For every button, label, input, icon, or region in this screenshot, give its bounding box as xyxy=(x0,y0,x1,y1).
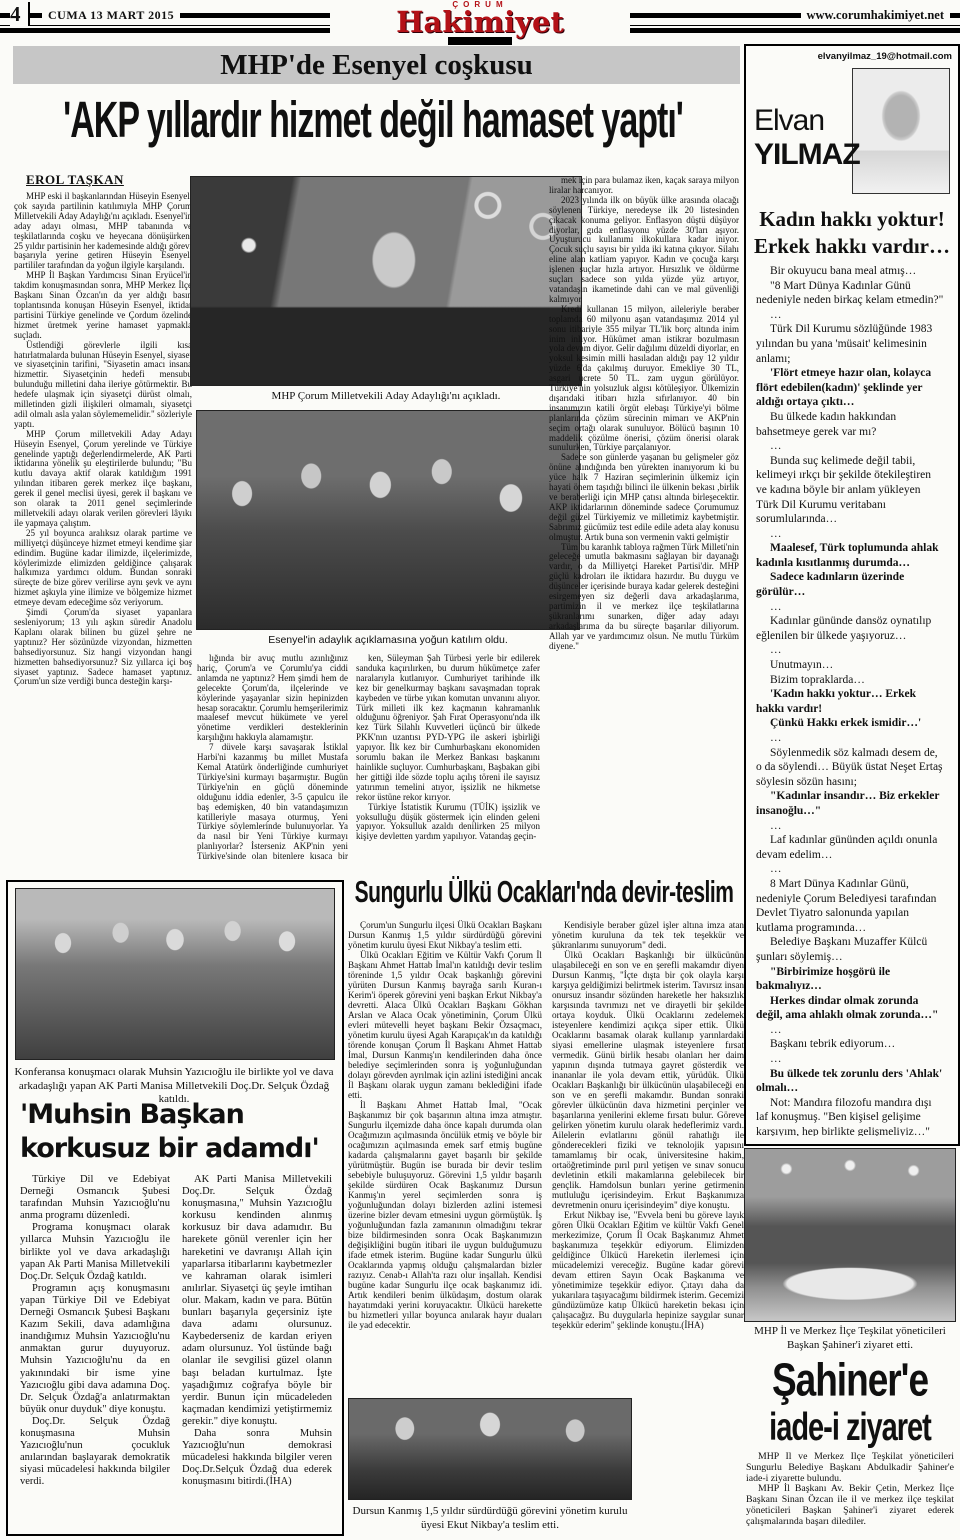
masthead: ÇORUM Hakimiyet xyxy=(330,0,630,45)
paragraph: Bir okuyucu bana meal atmış… xyxy=(756,264,944,279)
paragraph: Üstlendiği görevlerle ilgili kısa hatırl… xyxy=(14,341,192,430)
paragraph: Laf kadınlar gününden açıldı onunla deva… xyxy=(756,833,944,862)
paragraph: Daha sonra Muhsin Yazıcıoğlu'nun demokra… xyxy=(182,1428,332,1488)
columnist-first-name: Elvan xyxy=(754,104,860,138)
muhsin-column-2: AK Parti Manisa Milletvekili Doç.Dr. Sel… xyxy=(182,1174,332,1524)
columnist-name: Elvan YILMAZ xyxy=(754,104,860,172)
paragraph: Bizim topraklarda… xyxy=(756,673,944,688)
sahiner-photo-caption: MHP İl ve Merkez İlçe Teşkilat yöneticil… xyxy=(744,1324,956,1352)
main-article-column-1: MHP eski il başkanlarından Hüseyin Eseny… xyxy=(14,192,192,858)
page-number: 4 xyxy=(10,2,30,26)
paragraph: Tüm bu karanlık tabloya rağmen Türk Mill… xyxy=(549,543,739,652)
photo-devir-teslim-seated xyxy=(348,1398,632,1500)
date: CUMA 13 MART 2015 xyxy=(42,8,180,23)
paragraph: "8 Mart Dünya Kadınlar Günü nedeniyle ne… xyxy=(756,279,944,308)
paragraph: Kadınlar gününde dansöz oynatılıp eğleni… xyxy=(756,614,944,643)
paragraph: 7 düvele karşı savaşarak İstiklal Harbi'… xyxy=(197,743,348,860)
column-body: Bir okuyucu bana meal atmış…"8 Mart Düny… xyxy=(756,264,944,1136)
main-article-column-3: ken, Süleyman Şah Türbesi yerle bir edil… xyxy=(356,654,540,860)
sungurlu-photo-caption: Dursun Kanmış 1,5 yıldır sürdürdüğü göre… xyxy=(340,1504,640,1532)
paragraph: Çünkü Hakkı erkek ismidir…' xyxy=(756,716,944,731)
photo1-caption: MHP Çorum Milletvekili Aday Adaylığı'nı … xyxy=(190,389,582,403)
paragraph: 25 yıl boyunca aralıksız olarak partime … xyxy=(14,529,192,608)
columnist-portrait xyxy=(852,68,950,194)
muhsin-column-1: Türkiye Dil ve Edebiyat Derneği Osmancık… xyxy=(20,1174,170,1524)
paragraph: Sadece son günlerde yaşanan bu gelişmele… xyxy=(549,453,739,542)
main-headline-text: 'AKP yıllardır hizmet değil hamaset yapt… xyxy=(63,92,683,151)
main-headline: 'AKP yıllardır hizmet değil hamaset yapt… xyxy=(6,92,740,162)
paragraph: MHP İl Başkanı Av. Bekir Çetin, Merkez İ… xyxy=(746,1484,954,1527)
paragraph: "Kadınlar insandır… Biz erkekler insanoğ… xyxy=(756,789,944,818)
paragraph: Programın açış konuşmasını yapan Türkiye… xyxy=(20,1283,170,1416)
photo2-caption: Esenyel'in adaylık açıklamasına yoğun ka… xyxy=(196,633,580,647)
paragraph: Türk Dil Kurumu sözlüğünde 1983 yılından… xyxy=(756,322,944,366)
paragraph: 'Kadın hakkı yoktur… Erkek hakkı vardır! xyxy=(756,687,944,716)
columnist-last-name: YILMAZ xyxy=(754,138,860,172)
paragraph: Çorum'un Sungurlu ilçesi Ülkü Ocakları B… xyxy=(348,920,542,950)
paragraph: … xyxy=(756,819,944,834)
paragraph: Kredi kullanan 15 milyon, aileleriyle be… xyxy=(549,305,739,454)
paragraph: Türkiye Dil ve Edebiyat Derneği Osmancık… xyxy=(20,1174,170,1222)
paragraph: Türkiye İstatistik Kurumu (TÜİK) işsizli… xyxy=(356,803,540,843)
newspaper-page: 4 CUMA 13 MART 2015 ÇORUM Hakimiyet www.… xyxy=(0,0,960,1540)
paragraph: … xyxy=(756,308,944,323)
paragraph: 'Flört etmeye hazır olan, kolayca flört … xyxy=(756,366,944,410)
paragraph: … xyxy=(756,731,944,746)
paragraph: Bu ülkede tek zorunlu ders 'Ahlak' olmal… xyxy=(756,1067,944,1096)
paragraph: "Birbirimize hoşgörü ile bakmalıyız… xyxy=(756,965,944,994)
website-url: www.corumhakimiyet.net xyxy=(801,8,951,23)
paragraph: ken, Süleyman Şah Türbesi yerle bir edil… xyxy=(356,654,540,803)
main-article-column-4: mek için para bulamaz iken, kaçak saraya… xyxy=(549,176,739,858)
paragraph: … xyxy=(756,600,944,615)
paragraph: Ülkü Ocakları Başkanlığı bir ülkücünün u… xyxy=(552,950,744,1210)
paragraph: Maalesef, Türk toplumunda ahlak kadınla … xyxy=(756,541,944,570)
photo-sahiner-office-visit xyxy=(744,1148,956,1322)
photo-announcement-crowd xyxy=(196,410,580,630)
masthead-logo: Hakimiyet xyxy=(330,9,630,35)
sahiner-body: MHP İl ve Merkez İlçe Teşkilat yöneticil… xyxy=(746,1452,954,1538)
paragraph: MHP İl Başkan Yardımcısı Sinan Eryücel'i… xyxy=(14,271,192,340)
columnist-email: elvanyilmaz_19@hotmail.com xyxy=(818,51,952,62)
paragraph: Erkut Nikbay ise, "Evvela beni bu göreve… xyxy=(552,1210,744,1330)
photo-esenyel-press-conference xyxy=(190,176,582,386)
column-title-line1: Kadın hakkı yoktur! xyxy=(746,206,958,233)
paragraph: Bu ülkede kadın hakkından bahsetmeye ger… xyxy=(756,410,944,439)
sungurlu-headline: Sungurlu Ülkü Ocakları'nda devir-teslim xyxy=(344,876,744,914)
paragraph: Doç.Dr. Selçuk Özdağ konuşmasına Muhsin … xyxy=(20,1416,170,1489)
paragraph: Unutmayın… xyxy=(756,658,944,673)
sungurlu-column-2: Kendisiyle beraber güzel işler altına im… xyxy=(552,920,744,1372)
kicker-headline: MHP'de Esenyel coşkusu xyxy=(13,46,740,84)
paragraph: … xyxy=(756,527,944,542)
paragraph: … xyxy=(756,643,944,658)
paragraph: Programa konuşmacı olarak yıllarca Muhsi… xyxy=(20,1222,170,1282)
sungurlu-headline-text: Sungurlu Ülkü Ocakları'nda devir-teslim xyxy=(355,876,734,911)
muhsin-headline: 'Muhsin Başkan korkusuz bir adamdı' xyxy=(20,1098,332,1166)
paragraph: AK Parti Manisa Milletvekili Doç.Dr. Sel… xyxy=(182,1174,332,1428)
byline: EROL TAŞKAN xyxy=(26,172,124,188)
paragraph: … xyxy=(756,1052,944,1067)
paragraph: … xyxy=(756,1023,944,1038)
muhsin-headline-line1: 'Muhsin Başkan xyxy=(20,1098,332,1132)
sungurlu-column-1: Çorum'un Sungurlu ilçesi Ülkü Ocakları B… xyxy=(348,920,542,1394)
column-title-line2: Erkek hakkı vardır… xyxy=(746,233,958,260)
paragraph: 2023 yılında ilk on büyük ülke arasında … xyxy=(549,196,739,305)
paragraph: MHP İl ve Merkez İlçe Teşkilat yöneticil… xyxy=(746,1452,954,1484)
paragraph: Ülkü Ocakları Eğitim ve Kültür Vakfı Çor… xyxy=(348,950,542,1100)
paragraph: mek için para bulamaz iken, kaçak saraya… xyxy=(549,176,739,196)
paragraph: MHP eski il başkanlarından Hüseyin Eseny… xyxy=(14,192,192,271)
paragraph: Söylenmedik söz kalmadı desem de, o da s… xyxy=(756,746,944,790)
paragraph: … xyxy=(756,439,944,454)
muhsin-headline-line2: korkusuz bir adamdı' xyxy=(20,1132,332,1166)
columnist-box: elvanyilmaz_19@hotmail.com Elvan YILMAZ … xyxy=(744,44,960,1146)
paragraph: lığında bir avuç mutlu azınlığınız hariç… xyxy=(197,654,348,743)
sahiner-headline-line2: iade-i ziyaret xyxy=(769,1406,931,1451)
paragraph: MHP Çorum milletvekili Aday Adayı Hüseyi… xyxy=(14,430,192,529)
paragraph: 8 Mart Dünya Kadınlar Günü, nedeniyle Ço… xyxy=(756,877,944,935)
paragraph: Sadece kadınların üzerinde görülür… xyxy=(756,570,944,599)
photo-muhsin-conference-group xyxy=(15,888,335,1060)
paragraph: Not: Mandıra filozofu mandıra dışı laf k… xyxy=(756,1096,944,1136)
main-article-column-2: lığında bir avuç mutlu azınlığınız hariç… xyxy=(197,654,348,860)
muhsin-article-box: Konferansa konuşmacı olarak Muhsin Yazıc… xyxy=(6,880,344,1536)
sahiner-headline-line1: Şahiner'e xyxy=(772,1354,928,1407)
paragraph: Şimdi Çorum'da siyaset yapanlara sesleni… xyxy=(14,608,192,687)
paragraph: Herkes dindar olmak zorunda değil, ama a… xyxy=(756,994,944,1023)
paragraph: Bunda suç kelimede değil tabii, kelimeyi… xyxy=(756,454,944,527)
column-title: Kadın hakkı yoktur! Erkek hakkı vardır… xyxy=(746,206,958,260)
paragraph: Başkanı tebrik ediyorum… xyxy=(756,1037,944,1052)
paragraph: Kendisiyle beraber güzel işler altına im… xyxy=(552,920,744,950)
paragraph: … xyxy=(756,862,944,877)
paragraph: İl Başkanı Ahmet Hattab İmal, "Ocak Başk… xyxy=(348,1100,542,1330)
paragraph: Belediye Başkanı Muzaffer Külcü şunları … xyxy=(756,935,944,964)
sahiner-headline: Şahiner'e iade-i ziyaret xyxy=(744,1354,956,1439)
